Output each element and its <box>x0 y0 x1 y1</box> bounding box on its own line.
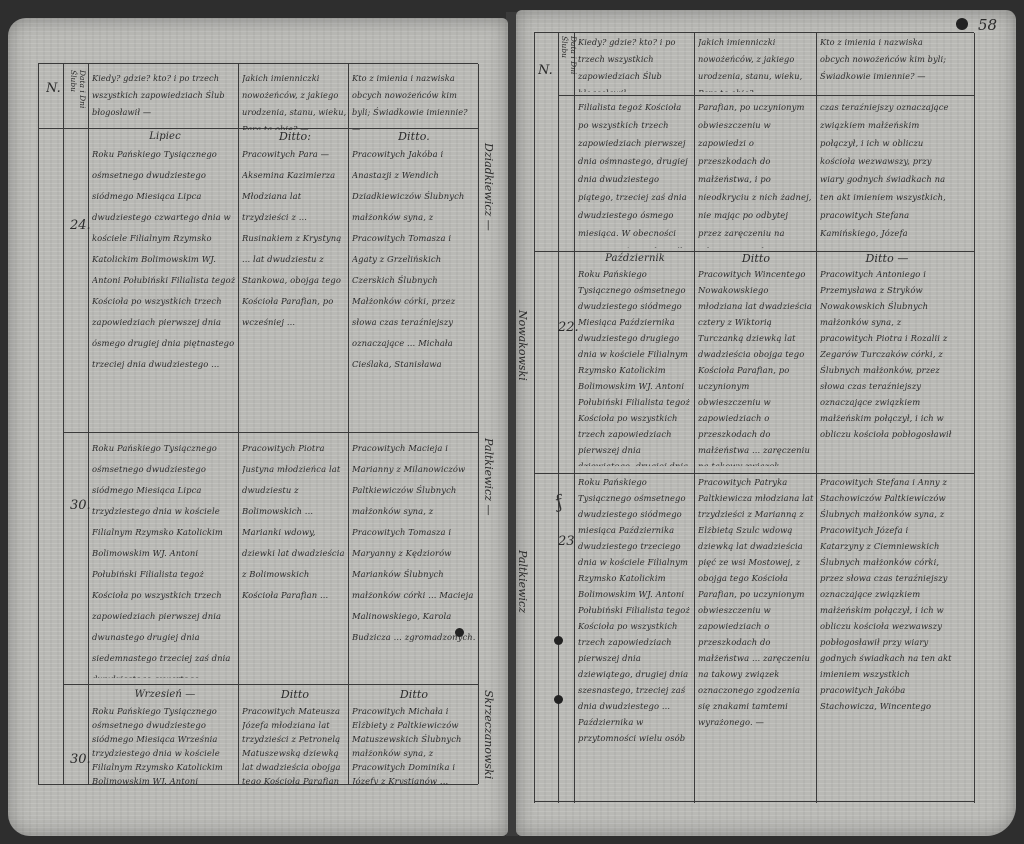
entry-month-heading: Październik <box>578 252 692 266</box>
margin-surname: Skrzeczanowski <box>482 690 495 790</box>
entry-number: 24. <box>70 218 91 233</box>
header-witnesses: Kto z imienia i nazwiska obcych nowożeńc… <box>820 34 954 92</box>
header-spouses: Jakich imienniczki nowożeńców, z jakiego… <box>698 34 814 92</box>
entry-celebration-text: Roku Pańskiego Tysiącznego ośmsetnego dw… <box>92 438 238 678</box>
entry-number: 23 <box>558 534 575 549</box>
margin-surname: Dziadkiewicz — <box>482 143 495 323</box>
entry-witnesses-text: czas teraźniejszy oznaczające związkiem … <box>820 98 954 238</box>
left-page: N. Data i Dni Ślubu Kiedy? gdzie? kto? i… <box>8 18 508 836</box>
entry-celebration-text: Roku Pańskiego Tysiącznego ośmsetnego dw… <box>578 474 692 744</box>
entry-witnesses-text: Pracowitych Michała i Elżbiety z Paltkie… <box>352 704 476 784</box>
entry-witnesses-text: Pracowitych Jakóba i Anastazji z Wendich… <box>352 144 476 374</box>
entry-celebration-text: Filialista tegoż Kościoła po wszystkich … <box>578 98 692 248</box>
ink-blot <box>956 18 968 30</box>
entry-number: 30. <box>70 752 91 767</box>
right-page: 58 N. Data i Dni Ślubu Kiedy? gdzie? kto… <box>516 10 1016 836</box>
header-spouses: Jakich imienniczki nowożeńców, z jakiego… <box>242 70 348 130</box>
entry-number: 30. <box>70 498 91 513</box>
entry-witnesses-text: Pracowitych Stefana i Anny z Stachowiczó… <box>820 474 954 714</box>
entry-ditto: Ditto <box>352 688 476 702</box>
entry-ditto: Ditto — <box>820 252 954 266</box>
entry-ditto: Ditto <box>698 252 814 266</box>
entry-celebration-text: Roku Pańskiego Tysiącznego ośmsetnego dw… <box>578 266 692 466</box>
header-witnesses: Kto z imienia i nazwiska obcych nowożeńc… <box>352 70 476 130</box>
ink-blot <box>554 636 563 645</box>
margin-surname: Paltkiewicz <box>516 550 529 650</box>
entry-spouses-text: Pracowitych Para — Aksemina Kazimierza M… <box>242 144 348 430</box>
entry-spouses-text: Pracowitych Piotra Justyna młodzieńca la… <box>242 438 348 688</box>
margin-surname: Paltkiewicz — <box>482 438 495 588</box>
entry-spouses-text: Parafian, po uczynionym obwieszczeniu w … <box>698 98 814 248</box>
header-number: N. <box>538 62 553 79</box>
page-number: 58 <box>978 16 997 34</box>
ink-blot <box>554 695 563 704</box>
entry-ditto: Ditto: <box>242 130 348 144</box>
header-date-vertical: Data i Dni Ślubu <box>69 70 87 130</box>
header-number: N. <box>46 80 61 97</box>
entry-month-heading: Wrzesień — <box>92 688 238 702</box>
entry-spouses-text: Pracowitych Wincentego Nowakowskiego mło… <box>698 266 814 466</box>
entry-ditto: Ditto <box>242 688 348 702</box>
entry-spouses-text: Pracowitych Patryka Paltkiewicza młodzia… <box>698 474 814 744</box>
header-when-celebrated: Kiedy? gdzie? kto? i po trzech wszystkic… <box>578 34 692 92</box>
entry-spouses-text: Pracowitych Mateusza Józefa młodziana la… <box>242 704 348 784</box>
entry-month-heading: Lipiec <box>92 130 238 144</box>
header-when-celebrated: Kiedy? gdzie? kto? i po trzech wszystkic… <box>92 70 238 130</box>
ink-blot <box>455 628 464 637</box>
entry-number: 22. <box>558 320 579 335</box>
header-date-vertical: Data i Dni Ślubu <box>560 36 578 96</box>
entry-witnesses-text: Pracowitych Antoniego i Przemysława z St… <box>820 266 954 446</box>
margin-surname: Nowakowski <box>516 310 529 420</box>
entry-witnesses-text: Pracowitych Macieja i Marianny z Milanow… <box>352 438 476 688</box>
entry-ditto: Ditto. <box>352 130 476 144</box>
entry-celebration-text: Roku Pańskiego Tysiącznego ośmsetnego dw… <box>92 704 238 784</box>
entry-celebration-text: Roku Pańskiego Tysiącznego ośmsetnego dw… <box>92 144 238 394</box>
